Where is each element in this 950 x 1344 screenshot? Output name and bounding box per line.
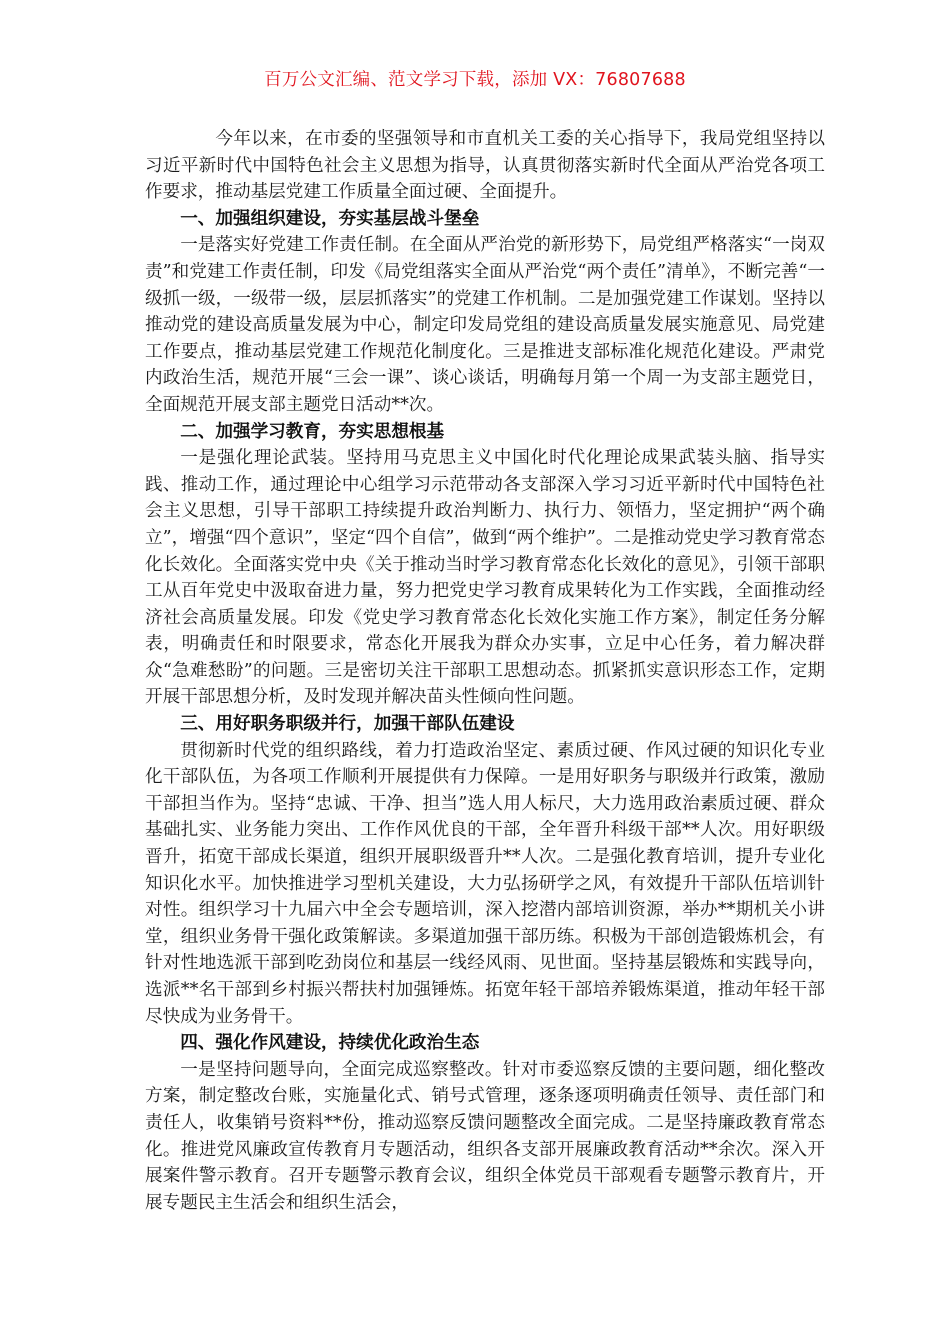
section-heading-4: 四、强化作风建设，持续优化政治生态 [145, 1030, 825, 1057]
section-1-paragraph: 一是落实好党建工作责任制。在全面从严治党的新形势下，局党组严格落实“一岗双责”和… [145, 232, 825, 418]
document-body: 今年以来，在市委的坚强领导和市直机关工委的关心指导下，我局党组坚持以习近平新时代… [145, 126, 825, 1216]
document-page: 百万公文汇编、范文学习下载，添加 VX：76807688 今年以来，在市委的坚强… [0, 0, 950, 1344]
watermark-banner: 百万公文汇编、范文学习下载，添加 VX：76807688 [0, 66, 950, 94]
section-2-paragraph: 一是强化理论武装。坚持用马克思主义中国化时代化理论成果武装头脑、指导实践、推动工… [145, 445, 825, 711]
section-3-paragraph: 贯彻新时代党的组织路线，着力打造政治坚定、素质过硬、作风过硬的知识化专业化干部队… [145, 738, 825, 1031]
intro-paragraph: 今年以来，在市委的坚强领导和市直机关工委的关心指导下，我局党组坚持以习近平新时代… [145, 126, 825, 206]
section-heading-2: 二、加强学习教育，夯实思想根基 [145, 419, 825, 446]
section-heading-3: 三、用好职务职级并行，加强干部队伍建设 [145, 711, 825, 738]
section-4-paragraph: 一是坚持问题导向，全面完成巡察整改。针对市委巡察反馈的主要问题，细化整改方案，制… [145, 1057, 825, 1217]
section-heading-1: 一、加强组织建设，夯实基层战斗堡垒 [145, 206, 825, 233]
